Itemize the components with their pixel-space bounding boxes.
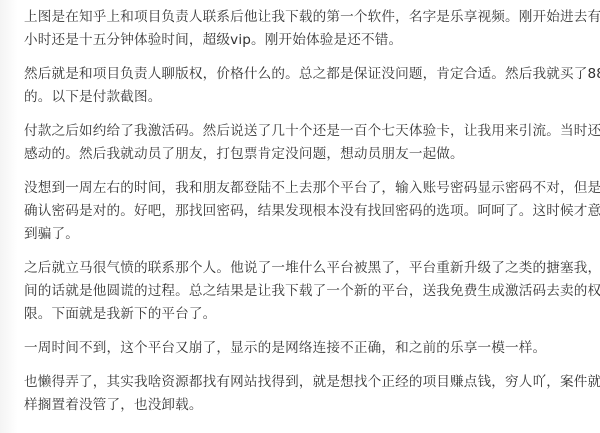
text-line: 小时还是十五分钟体验时间，超级vip。刚开始体验是还不错。 <box>24 29 584 52</box>
paragraph-3: 付款之后如约给了我激活码。然后说送了几十个还是一百个七天体验卡，让我用来引流。当… <box>24 120 584 166</box>
text-line: 一周时间不到，这个平台又崩了，显示的是网络连接不正确，和之前的乐享一模一样。 <box>24 337 584 360</box>
text-line: 也懒得弄了，其实我啥资源都找有网站找得到，就是想找个正经的项目赚点钱，穷人吖，案… <box>24 371 584 394</box>
text-line: 到骗了。 <box>24 223 584 246</box>
paragraph-1: 上图是在知乎上和项目负责人联系后他让我下载的第一个软件，名字是乐享视频。刚开始进… <box>24 6 584 52</box>
article-body: 上图是在知乎上和项目负责人联系后他让我下载的第一个软件，名字是乐享视频。刚开始进… <box>24 6 584 428</box>
text-line: 付款之后如约给了我激活码。然后说送了几十个还是一百个七天体验卡，让我用来引流。当… <box>24 120 584 143</box>
paragraph-7: 也懒得弄了，其实我啥资源都找有网站找得到，就是想找个正经的项目赚点钱，穷人吖，案… <box>24 371 584 417</box>
paragraph-5: 之后就立马很气愤的联系那个人。他说了一堆什么平台被黑了，平台重新升级了之类的搪塞… <box>24 257 584 326</box>
text-line: 限。下面就是我新下的平台了。 <box>24 303 584 326</box>
text-line: 间的话就是他圆谎的过程。总之结果是让我下载了一个新的平台，送我免费生成激活码去卖… <box>24 280 584 303</box>
text-line: 没想到一周左右的时间，我和朋友都登陆不上去那个平台了，输入账号密码显示密码不对，… <box>24 177 584 200</box>
paragraph-6: 一周时间不到，这个平台又崩了，显示的是网络连接不正确，和之前的乐享一模一样。 <box>24 337 584 360</box>
paragraph-4: 没想到一周左右的时间，我和朋友都登陆不上去那个平台了，输入账号密码显示密码不对，… <box>24 177 584 246</box>
text-line: 的。以下是付款截图。 <box>24 86 584 109</box>
text-line: 上图是在知乎上和项目负责人联系后他让我下载的第一个软件，名字是乐享视频。刚开始进… <box>24 6 584 29</box>
text-line: 样搁置着没管了，也没卸载。 <box>24 394 584 417</box>
paragraph-2: 然后就是和项目负责人聊版权，价格什么的。总之都是保证没问题，肯定合适。然后我就买… <box>24 63 584 109</box>
text-line: 感动的。然后我就动员了朋友，打包票肯定没问题，想动员朋友一起做。 <box>24 143 584 166</box>
text-line: 之后就立马很气愤的联系那个人。他说了一堆什么平台被黑了，平台重新升级了之类的搪塞… <box>24 257 584 280</box>
document-page: 上图是在知乎上和项目负责人联系后他让我下载的第一个软件，名字是乐享视频。刚开始进… <box>0 0 600 433</box>
text-line: 然后就是和项目负责人聊版权，价格什么的。总之都是保证没问题，肯定合适。然后我就买… <box>24 63 584 86</box>
text-line: 确认密码是对的。好吧，那找回密码，结果发现根本没有找回密码的选项。呵呵了。这时候… <box>24 200 584 223</box>
